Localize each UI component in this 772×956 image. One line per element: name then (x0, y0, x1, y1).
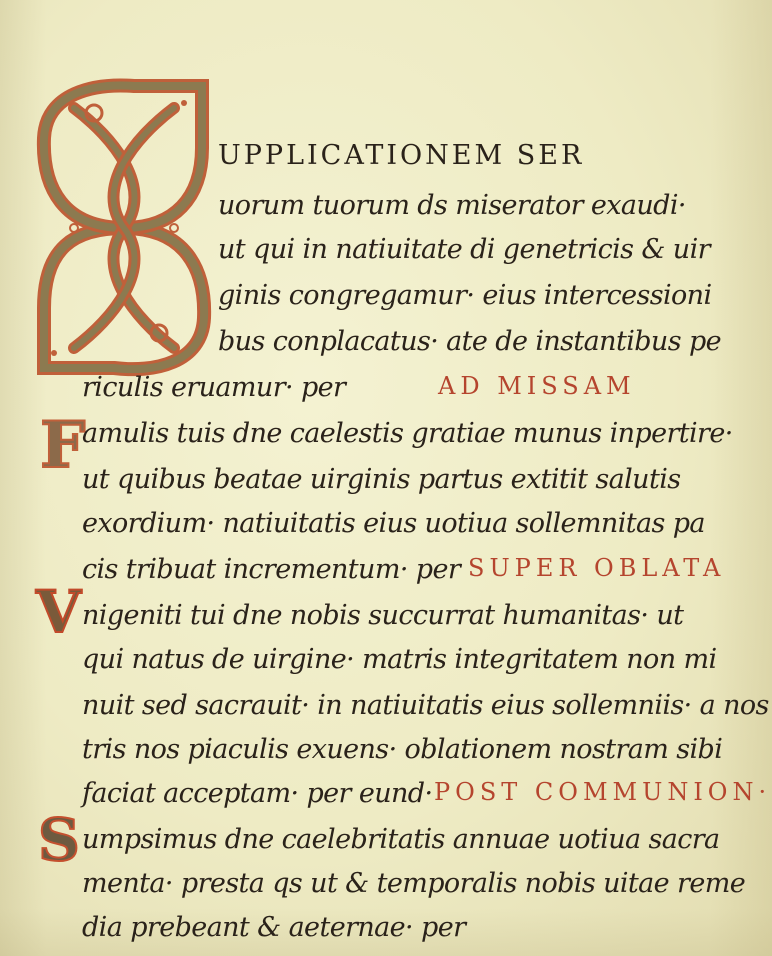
text-line-6: riculis eruamur· per AD MISSAM (82, 372, 345, 403)
text-line-9: exordium· natiuitatis eius uotiua sollem… (82, 508, 705, 539)
text-line-10-body: cis tribuat incrementum· per (82, 554, 460, 585)
text-line-8: ut quibus beatae uirginis partus extitit… (82, 464, 681, 495)
text-line-7: amulis tuis dne caelestis gratiae munus … (82, 418, 733, 449)
text-line-5: bus conplacatus· ate de instantibus pe (218, 326, 721, 357)
text-line-3: ut qui in natiuitate di genetricis & uir (218, 234, 710, 265)
text-line-14: tris nos piaculis exuens· oblationem nos… (82, 734, 722, 765)
text-line-16: umpsimus dne caelebritatis annuae uotiua… (82, 824, 720, 855)
text-line-13: nuit sed sacrauit· in natiuitatis eius s… (82, 690, 769, 721)
text-line-18: dia prebeant & aeternae· per (82, 912, 465, 943)
illuminated-initial-s (34, 78, 214, 378)
initial-s: S (38, 806, 80, 874)
initial-f: F (40, 408, 85, 483)
text-line-10: cis tribuat incrementum· per SUPER OBLAT… (82, 554, 460, 585)
text-line-12: qui natus de uirgine· matris integritate… (82, 644, 717, 675)
text-line-15-body: faciat acceptam· per eund· (82, 778, 432, 809)
text-line-17: menta· presta qs ut & temporalis nobis u… (82, 868, 745, 899)
rubric-ad-missam: AD MISSAM (438, 372, 636, 400)
text-line-1: UPPLICATIONEM SER (218, 140, 584, 171)
text-line-11: nigeniti tui dne nobis succurrat humanit… (82, 600, 683, 631)
text-line-2: uorum tuorum ds miserator exaudi· (218, 190, 686, 221)
text-line-6-body: riculis eruamur· per (82, 372, 345, 403)
text-line-15: faciat acceptam· per eund· POST COMMUNIO… (82, 778, 432, 809)
rubric-post-communion: POST COMMUNION· (434, 778, 771, 806)
initial-v: V (36, 578, 81, 646)
text-line-4: ginis congregamur· eius intercessioni (218, 280, 712, 311)
rubric-super-oblata: SUPER OBLATA (468, 554, 725, 582)
